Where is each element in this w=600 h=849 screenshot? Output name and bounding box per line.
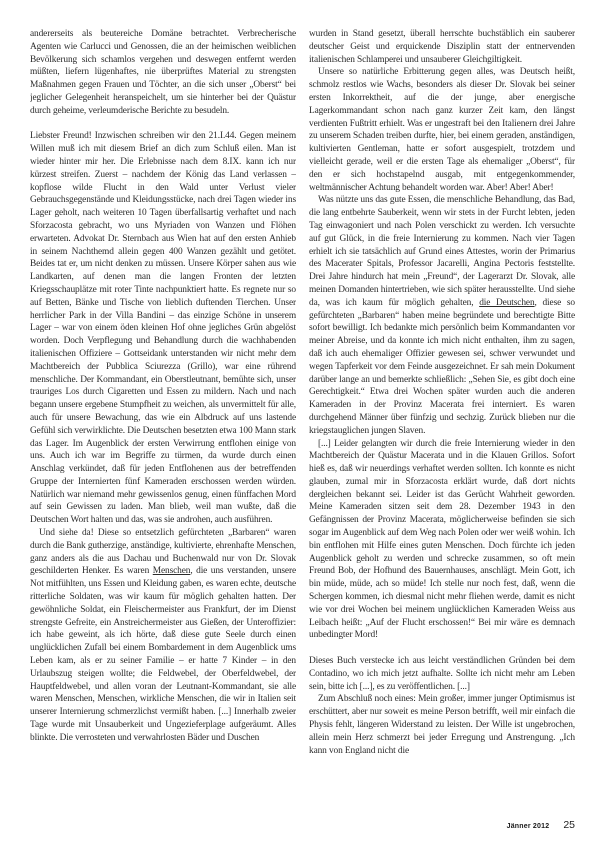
text-column-right: wurden in Stand gesetzt, überall herrsch… — [309, 28, 575, 800]
paragraph: Und siehe da! Diese so entsetzlich gefür… — [30, 527, 296, 745]
text-segment: Zum Abschluß noch eines: Mein großer, im… — [309, 694, 575, 755]
paragraph: Was nützte uns das gute Essen, die mensc… — [309, 194, 575, 437]
text-segment: andererseits als beutereiche Domäne betr… — [30, 29, 296, 116]
book-page: andererseits als beutereiche Domäne betr… — [0, 0, 600, 849]
text-segment: Was nützte uns das gute Essen, die mensc… — [309, 195, 575, 307]
page-content: andererseits als beutereiche Domäne betr… — [30, 28, 575, 800]
paragraph: [...] Leider gelangten wir durch die fre… — [309, 438, 575, 643]
text-segment: Liebster Freund! Inzwischen schreiben wi… — [30, 131, 296, 525]
paragraph: Unsere so natürliche Erbitterung gegen a… — [309, 66, 575, 194]
text-segment: Dieses Buch verstecke ich aus leicht ver… — [309, 656, 575, 692]
paragraph: Dieses Buch verstecke ich aus leicht ver… — [309, 655, 575, 693]
text-segment: [...] Leider gelangten wir durch die fre… — [309, 439, 575, 641]
text-segment: , die uns verstanden, unsere Not mitfühl… — [30, 566, 296, 742]
underlined-text: die Deutschen — [479, 298, 534, 308]
paragraph: Liebster Freund! Inzwischen schreiben wi… — [30, 130, 296, 527]
page-number: 25 — [563, 819, 575, 831]
text-segment: Unsere so natürliche Erbitterung gegen a… — [309, 67, 575, 192]
text-segment: , diese so gefürchteten „Barbaren“ haben… — [309, 298, 575, 436]
issue-date-label: Jänner 2012 — [507, 823, 550, 830]
text-column-left: andererseits als beutereiche Domäne betr… — [30, 28, 296, 800]
page-footer: Jänner 2012 25 — [507, 819, 575, 831]
paragraph: wurden in Stand gesetzt, überall herrsch… — [309, 28, 575, 66]
paragraph: Zum Abschluß noch eines: Mein großer, im… — [309, 693, 575, 757]
text-segment: wurden in Stand gesetzt, überall herrsch… — [309, 29, 575, 65]
paragraph: andererseits als beutereiche Domäne betr… — [30, 28, 296, 118]
underlined-text: Menschen — [153, 566, 191, 576]
